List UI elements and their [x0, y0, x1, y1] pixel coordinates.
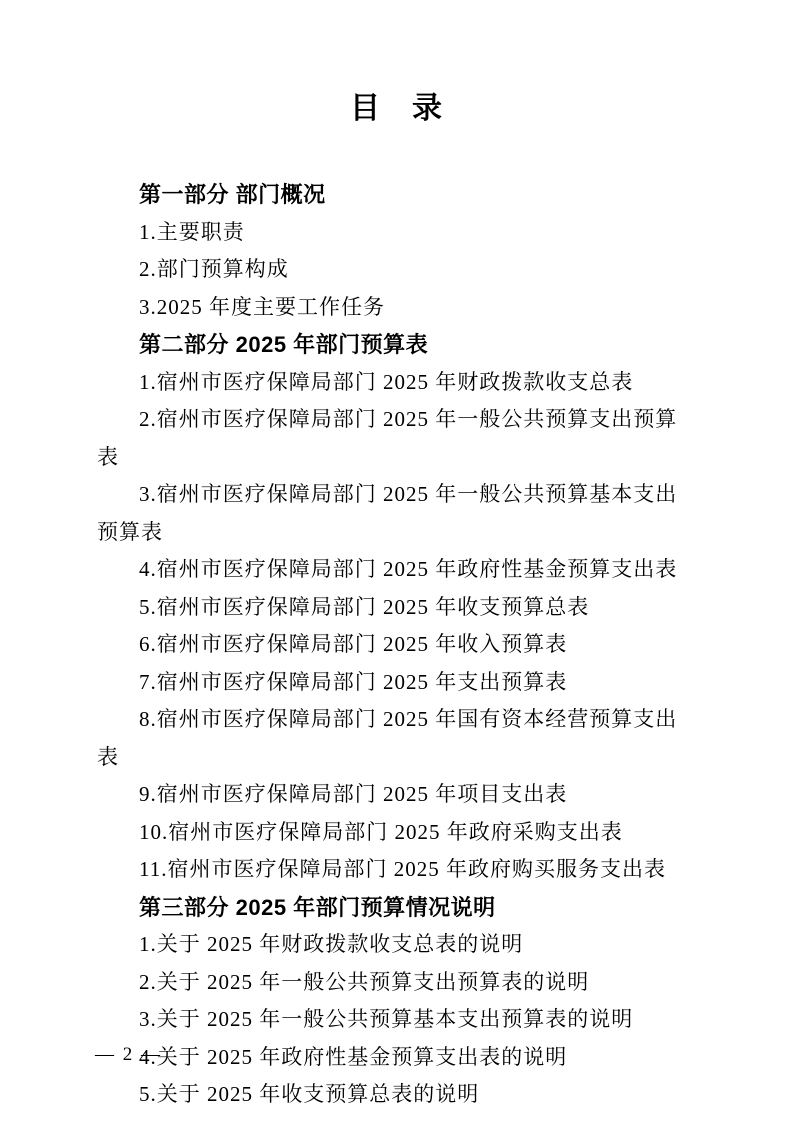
toc-item: 1.主要职责 — [97, 214, 699, 252]
toc-item: 11.宿州市医疗保障局部门 2025 年政府购买服务支出表 — [97, 851, 699, 889]
toc-item: 1.宿州市医疗保障局部门 2025 年财政拨款收支总表 — [97, 364, 699, 402]
toc-item: 8.宿州市医疗保障局部门 2025 年国有资本经营预算支出表 — [97, 701, 699, 776]
section-heading-part3: 第三部分 2025 年部门预算情况说明 — [97, 889, 699, 927]
toc-item: 4.宿州市医疗保障局部门 2025 年政府性基金预算支出表 — [97, 551, 699, 589]
toc-item: 7.宿州市医疗保障局部门 2025 年支出预算表 — [97, 664, 699, 702]
toc-item: 1.关于 2025 年财政拨款收支总表的说明 — [97, 926, 699, 964]
page-title: 目 录 — [0, 88, 793, 130]
toc-item: 2.关于 2025 年一般公共预算支出预算表的说明 — [97, 964, 699, 1002]
toc-item: 3.关于 2025 年一般公共预算基本支出预算表的说明 — [97, 1001, 699, 1039]
document-page: 目 录 第一部分 部门概况 1.主要职责 2.部门预算构成 3.2025 年度主… — [0, 0, 793, 1122]
toc-item: 6.宿州市医疗保障局部门 2025 年收入预算表 — [97, 626, 699, 664]
toc-item: 3.2025 年度主要工作任务 — [97, 289, 699, 327]
toc-item: 3.宿州市医疗保障局部门 2025 年一般公共预算基本支出预算表 — [97, 476, 699, 551]
toc-item: 5.关于 2025 年收支预算总表的说明 — [97, 1076, 699, 1114]
toc-item: 2.宿州市医疗保障局部门 2025 年一般公共预算支出预算表 — [97, 401, 699, 476]
toc-item: 2.部门预算构成 — [97, 251, 699, 289]
toc-item: 5.宿州市医疗保障局部门 2025 年收支预算总表 — [97, 589, 699, 627]
table-of-contents: 第一部分 部门概况 1.主要职责 2.部门预算构成 3.2025 年度主要工作任… — [97, 176, 699, 1114]
section-heading-part1: 第一部分 部门概况 — [97, 176, 699, 214]
section-heading-part2: 第二部分 2025 年部门预算表 — [97, 326, 699, 364]
toc-item: 10.宿州市医疗保障局部门 2025 年政府采购支出表 — [97, 814, 699, 852]
toc-item: 4.关于 2025 年政府性基金预算支出表的说明 — [97, 1039, 699, 1077]
toc-item: 9.宿州市医疗保障局部门 2025 年项目支出表 — [97, 776, 699, 814]
page-number: — 2 — — [95, 1044, 162, 1066]
